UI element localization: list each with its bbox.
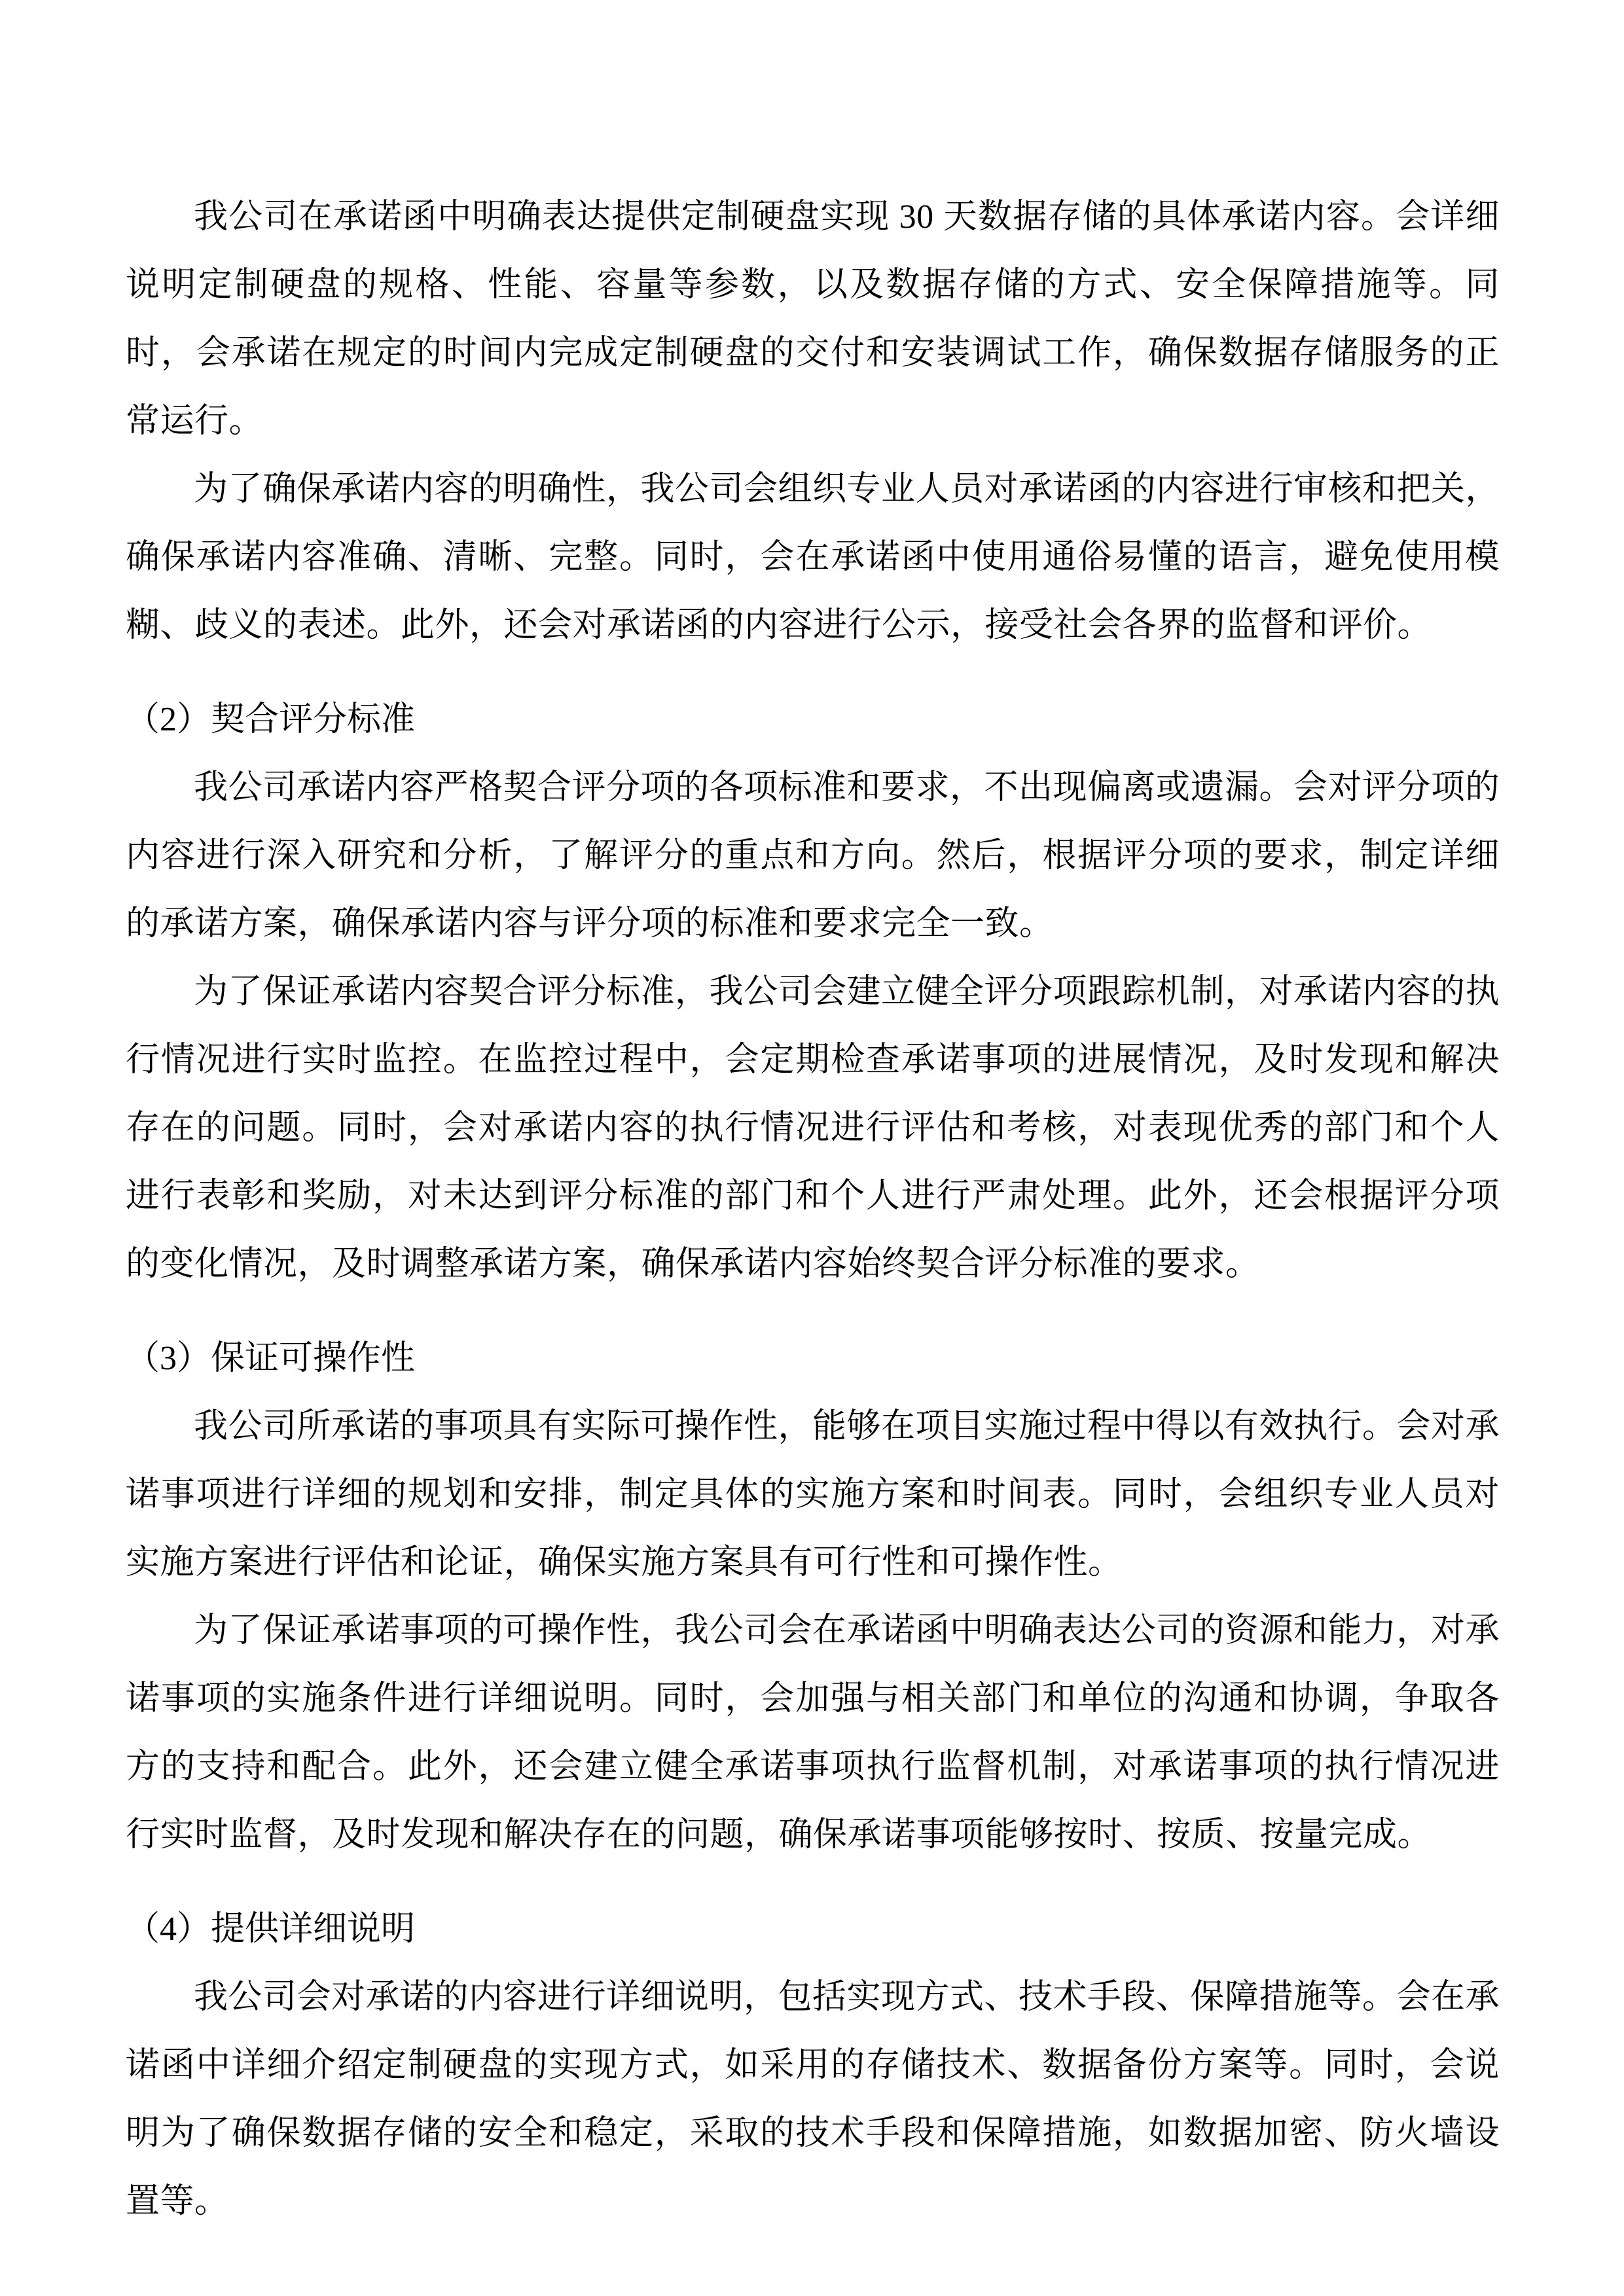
paragraph-detailed-description: 我公司会对承诺的内容进行详细说明，包括实现方式、技术手段、保障措施等。会在承诺函… xyxy=(126,1964,1500,2236)
document-page: 我公司在承诺函中明确表达提供定制硬盘实现 30 天数据存储的具体承诺内容。会详细… xyxy=(0,0,1624,2296)
paragraph-commitment-content: 我公司在承诺函中明确表达提供定制硬盘实现 30 天数据存储的具体承诺内容。会详细… xyxy=(126,183,1500,456)
paragraph-commitment-clarity: 为了确保承诺内容的明确性，我公司会组织专业人员对承诺函的内容进行审核和把关，确保… xyxy=(126,456,1500,660)
section-heading-3-operability: （3）保证可操作性 xyxy=(126,1325,1500,1393)
paragraph-operability-plan: 我公司所承诺的事项具有实际可操作性，能够在项目实施过程中得以有效执行。会对承诺事… xyxy=(126,1393,1500,1597)
paragraph-operability-guarantee: 为了保证承诺事项的可操作性，我公司会在承诺函中明确表达公司的资源和能力，对承诺事… xyxy=(126,1597,1500,1869)
section-heading-2-scoring-standard: （2）契合评分标准 xyxy=(126,686,1500,754)
paragraph-scoring-tracking: 为了保证承诺内容契合评分标准，我公司会建立健全评分项跟踪机制，对承诺内容的执行情… xyxy=(126,958,1500,1299)
paragraph-scoring-compliance: 我公司承诺内容严格契合评分项的各项标准和要求，不出现偏离或遗漏。会对评分项的内容… xyxy=(126,754,1500,958)
section-heading-4-detailed-description: （4）提供详细说明 xyxy=(126,1895,1500,1964)
